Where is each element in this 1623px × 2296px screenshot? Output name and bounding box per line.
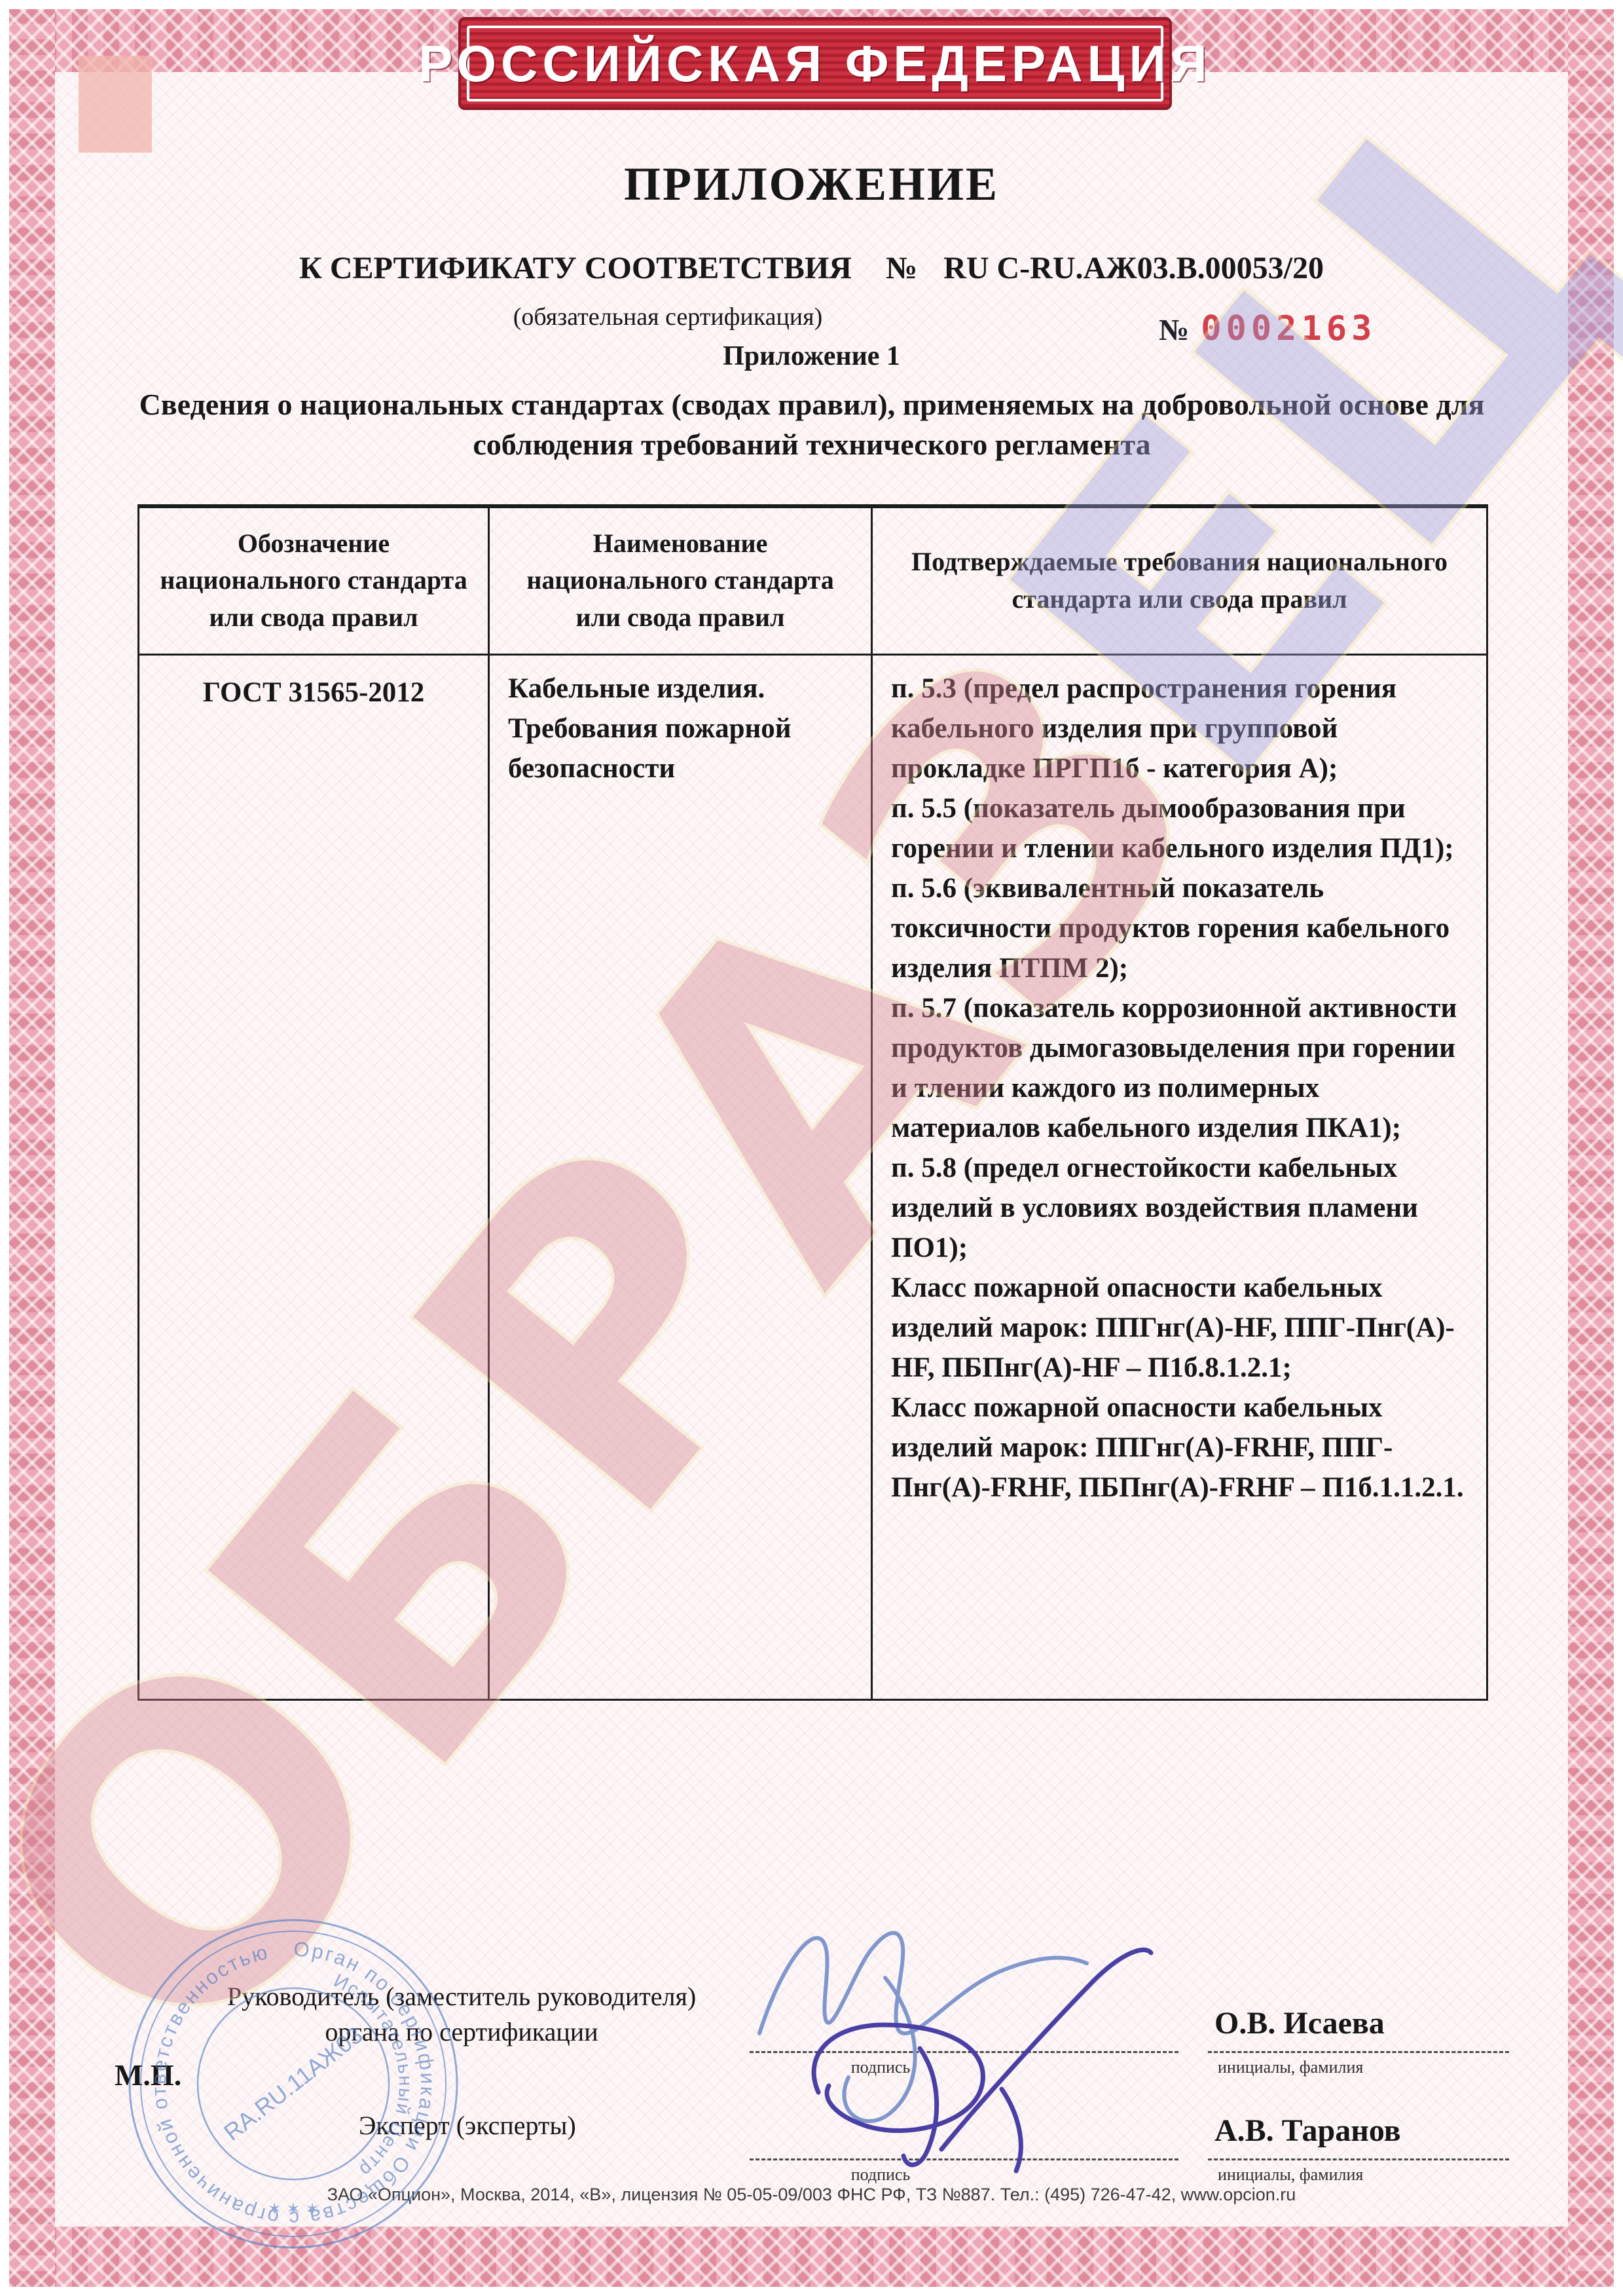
head-name: О.В. Исаева [1214,2005,1385,2041]
table-header-row: Обозначение национального стандарта или … [139,506,1487,654]
certification-type: (обязательная сертификация) [406,303,930,331]
stamp-code: RA.RU.11АЖ03 [219,2021,368,2145]
banner-title: РОССИЙСКАЯ ФЕДЕРАЦИЯ [418,34,1211,94]
cell-designation: ГОСТ 31565-2012 [139,654,489,1699]
table-row: ГОСТ 31565-2012 Кабельные изделия. Требо… [139,654,1487,1699]
expert-name-caption: инициалы, фамилия [1218,2165,1493,2185]
banner-frame: РОССИЙСКАЯ ФЕДЕРАЦИЯ [467,26,1163,102]
subtitle: Сведения о национальных стандартах (свод… [124,385,1499,464]
scan-blot [79,56,152,153]
expert-name-line [1208,2158,1509,2160]
cell-requirements: п. 5.3 (предел распространения горения к… [872,654,1487,1699]
column-header-designation: Обозначение национального стандарта или … [139,506,489,654]
page-title: ПРИЛОЖЕНИЕ [0,157,1623,212]
column-header-name: Наименование национального стандарта или… [489,506,872,654]
certificate-line: К СЕРТИФИКАТУ СООТВЕТСТВИЯ № RU C-RU.АЖ0… [0,250,1623,286]
number-sign: № [886,251,917,286]
handwritten-signatures [720,1893,1218,2200]
head-name-line [1208,2051,1509,2053]
certificate-number: RU C-RU.АЖ03.В.00053/20 [943,251,1324,286]
head-name-caption: инициалы, фамилия [1218,2058,1493,2077]
certificate-label: К СЕРТИФИКАТУ СООТВЕТСТВИЯ [299,251,852,286]
expert-signature-ink [814,1950,1151,2171]
standards-table: Обозначение национального стандарта или … [137,504,1488,1701]
stamp-stars: ✶ ✶ ✶ [267,2199,319,2219]
cell-name: Кабельные изделия. Требования пожарной б… [489,654,872,1699]
appendix-label: Приложение 1 [0,341,1623,372]
federation-banner: РОССИЙСКАЯ ФЕДЕРАЦИЯ [458,17,1172,110]
certificate-appendix-page: РОССИЙСКАЯ ФЕДЕРАЦИЯ ПРИЛОЖЕНИЕ К СЕРТИФ… [0,0,1623,2296]
expert-name: А.В. Таранов [1214,2113,1401,2149]
certification-stamp: Орган по сертификации Общества с огранич… [110,1900,477,2267]
column-header-requirements: Подтверждаемые требования национального … [872,506,1487,654]
